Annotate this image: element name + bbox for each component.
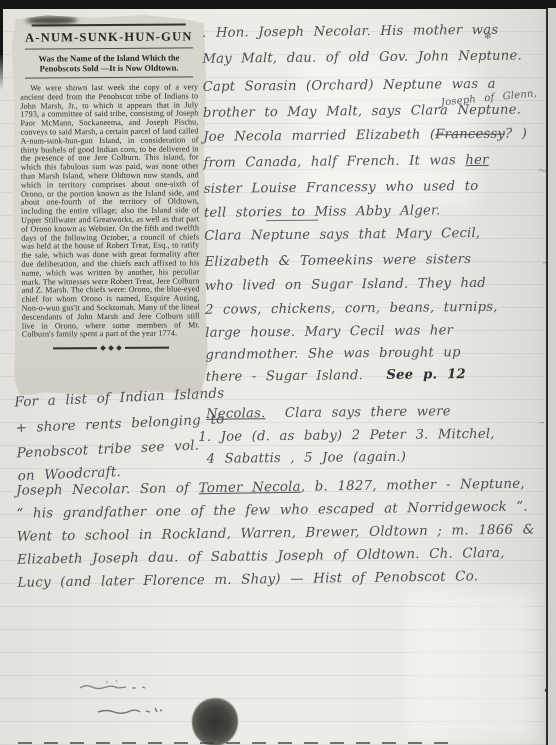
pencil-scribble — [78, 678, 156, 694]
handwritten-line: Clara Neptune says that Mary Cecil, — [204, 226, 480, 244]
scanned-scrapbook-page: { "colors": { "page_paper": "#ebe9e3", "… — [0, 0, 556, 745]
scan-edge-bottom — [18, 742, 448, 744]
handwritten-line: Necolas. Clara says there were — [206, 404, 451, 422]
clipping-rule — [25, 47, 192, 49]
handwritten-line: grandmother. She was brought up — [205, 345, 460, 363]
scan-edge-left — [0, 0, 3, 90]
divider-bar — [53, 348, 97, 350]
handwritten-line: “ his grandfather one of the few who esc… — [16, 500, 528, 522]
page-edge-shade — [548, 8, 556, 745]
clipping-subheadline: Was the Name of the Island Which the Pen… — [20, 52, 198, 73]
handwritten-line: Elizabeth Joseph dau. of Sabattis Joseph… — [17, 546, 505, 568]
handwritten-text: ? ) — [505, 126, 527, 141]
divider-dot — [108, 345, 114, 351]
section-divider-stroke — [266, 220, 318, 222]
clipping-body-text: We were shown last week the copy of a ve… — [20, 83, 200, 339]
handwritten-line: from Canada, half French. It was her — [203, 153, 488, 171]
handwritten-text: from Canada, half French. It was — [203, 153, 465, 171]
handwritten-line: May Malt, dau. of old Gov. John Neptune. — [202, 48, 522, 66]
handwritten-notes-right: . Hon. Joseph Necolar. His mother was Ma… — [202, 18, 554, 22]
handwritten-text: there - Sugar Island. — [206, 368, 363, 385]
scan-edge-top — [0, 0, 556, 9]
handwritten-line: there - Sugar Island. See p. 12 — [206, 367, 466, 385]
scan-light-patch — [405, 590, 535, 740]
handwritten-line: Capt Sorasin (Orchard) Neptune was a — [203, 77, 496, 95]
handwritten-line: + shore rents belonging to — [15, 411, 224, 436]
struck-out-word: Francessy — [435, 127, 505, 143]
newspaper-clipping: A-NUM-SUNK-HUN-GUN Was the Name of the I… — [12, 13, 209, 395]
divider-dot — [116, 345, 122, 351]
handwritten-text: Joe Necola married Elizabeth ( — [203, 127, 435, 144]
handwritten-line: on Woodcraft. — [17, 464, 121, 484]
handwritten-line: . Hon. Joseph Necolar. His mother was — [202, 23, 498, 41]
pencil-scribble — [96, 703, 166, 719]
clipping-end-divider — [22, 345, 200, 350]
handwritten-line: 1. Joe (d. as baby) 2 Peter 3. Mitchel, — [198, 427, 494, 445]
clipping-headline: A-NUM-SUNK-HUN-GUN — [20, 29, 198, 44]
handwritten-line: 2 cows, chickens, corn, beans, turnips, — [205, 300, 498, 318]
underlined-name: Tomer Necola — [199, 480, 301, 496]
handwritten-line: large house. Mary Cecil was her — [205, 323, 453, 341]
handwritten-line: sister Louise Francessy who used to — [204, 179, 479, 197]
pencil-mark: – — [540, 418, 545, 428]
divider-bar — [125, 347, 169, 349]
page-edge-line — [546, 8, 548, 745]
handwritten-line: Went to school in Rockland, Warren, Brew… — [17, 523, 535, 545]
handwritten-line: tell stories to Miss Abby Alger. — [204, 203, 441, 220]
ink-blot — [192, 698, 238, 745]
pencil-mark: ✻ — [484, 32, 492, 42]
handwritten-text: Clara says there were — [285, 404, 451, 421]
clipping-rule — [25, 76, 192, 78]
handwritten-line: 4 Sabattis , 5 Joe (again.) — [207, 450, 407, 467]
handwritten-line: who lived on Sugar Island. They had — [205, 276, 486, 294]
handwritten-line: Elizabeth & Tomeekins were sisters — [204, 252, 471, 270]
handwritten-line: Joe Necola married Elizabeth (Francessy?… — [203, 126, 527, 144]
handwritten-text: , b. 1827, mother - Neptune, — [301, 477, 525, 495]
handwritten-line: Penobscot tribe see vol. — [16, 437, 199, 461]
page-reference: See p. 12 — [386, 367, 466, 383]
underlined-word: her — [465, 153, 488, 168]
handwritten-text: Joseph Necolar. Son of — [16, 481, 199, 499]
divider-dot — [100, 345, 106, 351]
handwritten-line: Lucy (and later Florence m. Shay) — Hist… — [17, 569, 478, 590]
